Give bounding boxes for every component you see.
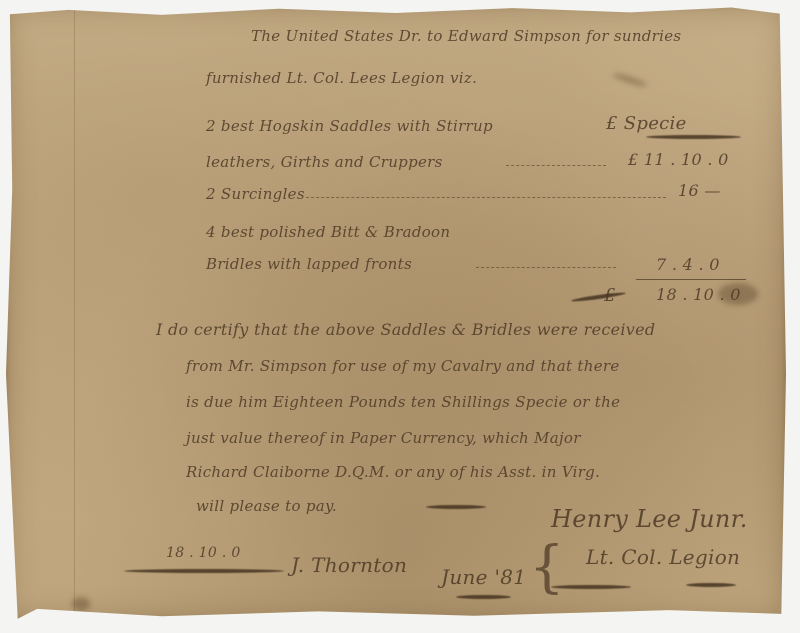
signature-title: Lt. Col. Legion bbox=[586, 545, 740, 569]
ink-stain bbox=[612, 72, 648, 89]
heading-line-2: furnished Lt. Col. Lees Legion viz. bbox=[206, 69, 477, 87]
item-amount: £ 11 . 10 . 0 bbox=[628, 150, 729, 169]
signature-brace: { bbox=[529, 535, 565, 600]
date: June '81 bbox=[441, 565, 526, 589]
total-rule bbox=[636, 279, 746, 280]
heading-line-1: The United States Dr. to Edward Simpson … bbox=[251, 27, 681, 45]
certification-line: I do certify that the above Saddles & Br… bbox=[156, 320, 655, 339]
total-amount: 18 . 10 . 0 bbox=[656, 285, 741, 304]
item-amount: 16 — bbox=[678, 181, 721, 200]
item-description: 2 Surcingles bbox=[206, 185, 305, 203]
certification-line: from Mr. Simpson for use of my Cavalry a… bbox=[186, 357, 620, 375]
date-underline bbox=[456, 595, 511, 599]
witness-signature: J. Thornton bbox=[291, 553, 407, 577]
leader-dashes bbox=[476, 267, 616, 269]
ink-stain bbox=[72, 597, 90, 611]
pound-flourish bbox=[571, 291, 626, 303]
item-description: Bridles with lapped fronts bbox=[206, 255, 412, 273]
note-amount: 18 . 10 . 0 bbox=[166, 545, 241, 561]
header-underline bbox=[646, 135, 741, 139]
certification-line: Richard Claiborne D.Q.M. or any of his A… bbox=[186, 463, 600, 481]
item-description: 2 best Hogskin Saddles with Stirrup bbox=[206, 117, 493, 135]
total-symbol: £ bbox=[604, 285, 616, 306]
closing-flourish bbox=[426, 505, 486, 509]
document-paper: The United States Dr. to Edward Simpson … bbox=[6, 5, 786, 620]
signature-name: Henry Lee Junr. bbox=[551, 505, 748, 533]
currency-header: £ Specie bbox=[606, 113, 687, 134]
leader-dashes bbox=[306, 197, 666, 199]
certification-line: just value thereof in Paper Currency, wh… bbox=[186, 429, 581, 447]
paper-fold-line bbox=[74, 5, 75, 620]
item-description: leathers, Girths and Cruppers bbox=[206, 153, 443, 171]
note-underline bbox=[124, 569, 284, 573]
item-description: 4 best polished Bitt & Bradoon bbox=[206, 223, 450, 241]
signature-underline bbox=[551, 585, 631, 589]
certification-line: will please to pay. bbox=[196, 497, 337, 515]
leader-dashes bbox=[506, 165, 606, 167]
certification-line: is due him Eighteen Pounds ten Shillings… bbox=[186, 393, 620, 411]
item-amount: 7 . 4 . 0 bbox=[656, 255, 720, 274]
signature-underline bbox=[686, 583, 736, 587]
